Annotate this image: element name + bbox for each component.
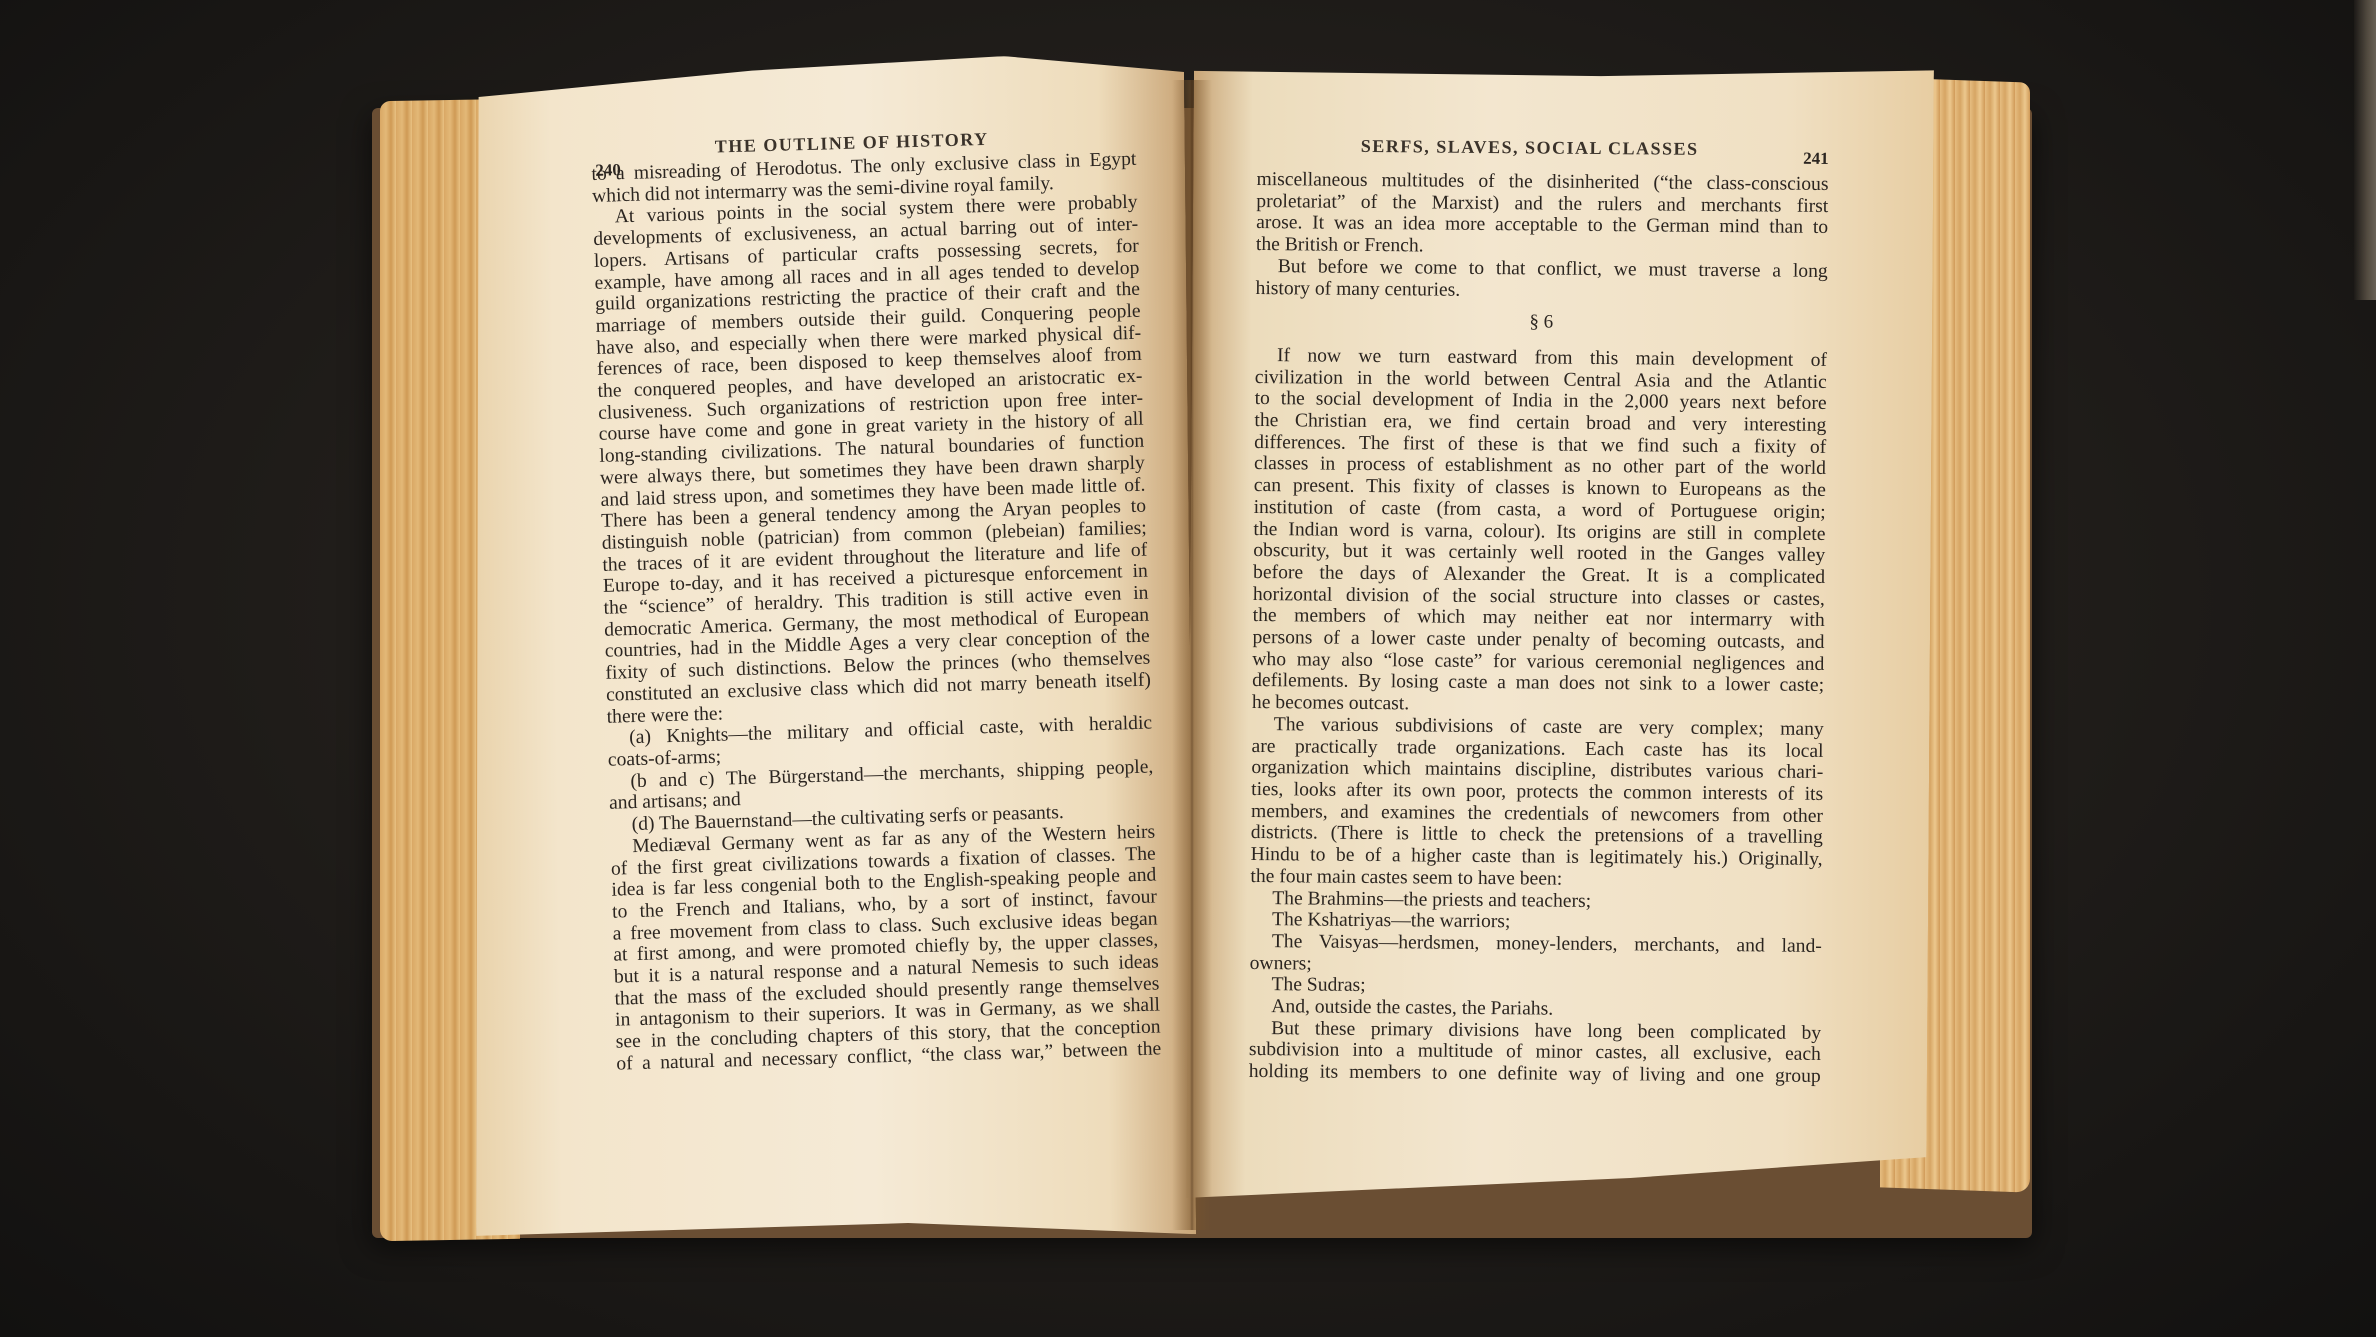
- section-heading: § 6: [1255, 309, 1827, 336]
- photo-scene: 240 THE OUTLINE OF HISTORY to a misreadi…: [0, 0, 2376, 1337]
- right-running-head: SERFS, SLAVES, SOCIAL CLASSES 241: [1257, 125, 1829, 174]
- background-object: [2354, 0, 2376, 300]
- left-page-text: 240 THE OUTLINE OF HISTORY to a misreadi…: [590, 105, 1161, 1075]
- page-number: 240: [595, 159, 621, 181]
- right-page-text: SERFS, SLAVES, SOCIAL CLASSES 241 miscel…: [1249, 125, 1829, 1088]
- page-number: 241: [1803, 148, 1829, 170]
- running-head-title: THE OUTLINE OF HISTORY: [715, 129, 989, 158]
- running-head-title: SERFS, SLAVES, SOCIAL CLASSES: [1361, 136, 1699, 161]
- book-gutter: [1172, 80, 1212, 1230]
